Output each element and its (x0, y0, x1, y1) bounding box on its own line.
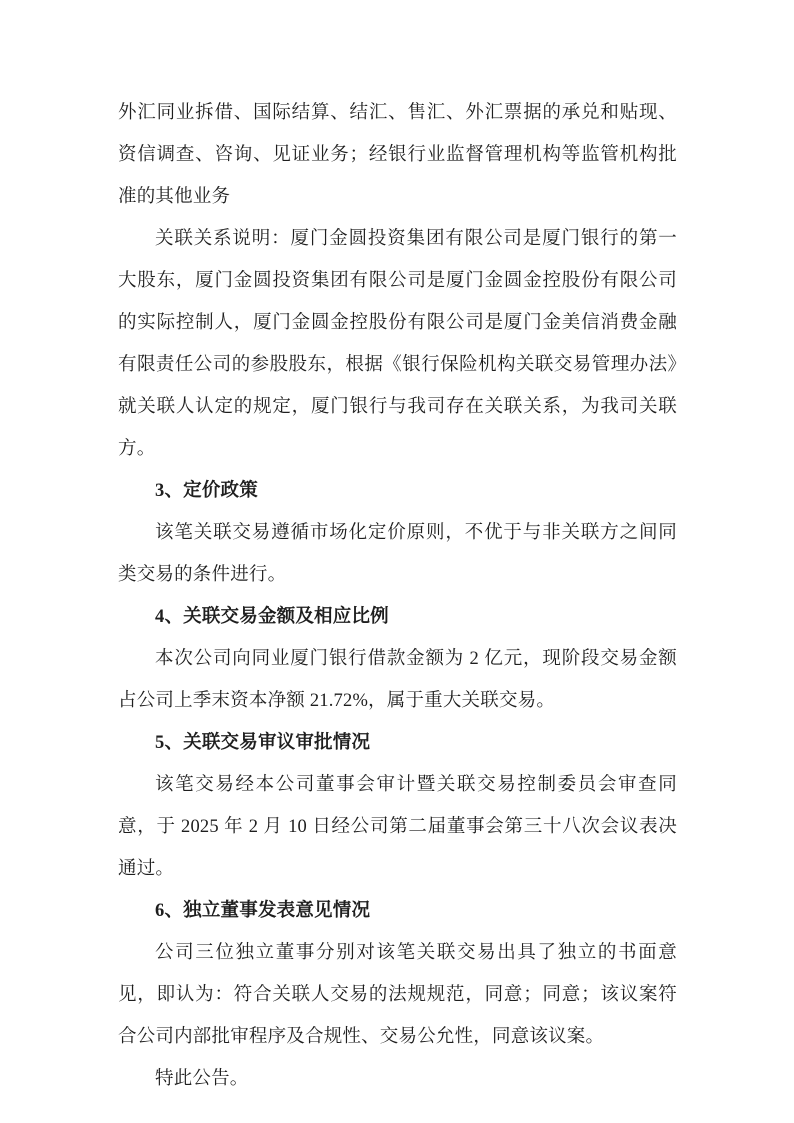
paragraph-independent-directors: 公司三位独立董事分别对该笔关联交易出具了独立的书面意见，即认为：符合关联人交易的… (118, 932, 677, 1058)
paragraph-transaction-amount: 本次公司向同业厦门银行借款金额为 2 亿元，现阶段交易金额占公司上季末资本净额 … (118, 638, 677, 722)
section-heading-transaction-amount: 4、关联交易金额及相应比例 (118, 596, 677, 638)
section-heading-independent-directors: 6、独立董事发表意见情况 (118, 890, 677, 932)
section-heading-pricing-policy: 3、定价政策 (118, 470, 677, 512)
paragraph-approval-process: 该笔交易经本公司董事会审计暨关联交易控制委员会审查同意，于 2025 年 2 月… (118, 764, 677, 890)
paragraph-announcement-closing: 特此公告。 (118, 1058, 677, 1100)
document-body: 外汇同业拆借、国际结算、结汇、售汇、外汇票据的承兑和贴现、资信调查、咨询、见证业… (118, 92, 677, 1100)
paragraph-pricing-policy: 该笔关联交易遵循市场化定价原则，不优于与非关联方之间同类交易的条件进行。 (118, 512, 677, 596)
section-heading-approval-process: 5、关联交易审议审批情况 (118, 722, 677, 764)
paragraph-relationship-statement: 关联关系说明：厦门金圆投资集团有限公司是厦门银行的第一大股东，厦门金圆投资集团有… (118, 218, 677, 470)
paragraph-business-scope-continued: 外汇同业拆借、国际结算、结汇、售汇、外汇票据的承兑和贴现、资信调查、咨询、见证业… (118, 92, 677, 218)
document-page: 外汇同业拆借、国际结算、结汇、售汇、外汇票据的承兑和贴现、资信调查、咨询、见证业… (0, 0, 794, 1123)
